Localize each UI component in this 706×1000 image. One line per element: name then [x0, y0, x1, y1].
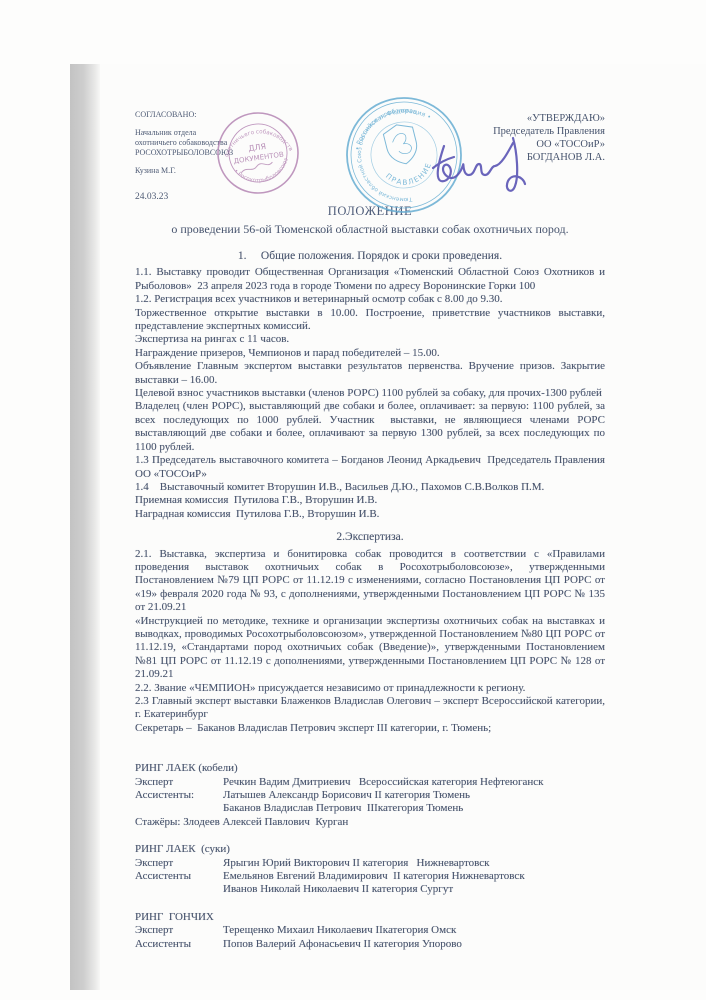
document-body: 1. Общие положения. Порядок и сроки пров…	[135, 250, 605, 951]
ring-section-laiki-males: РИНГ ЛАЕК (кобели) Эксперт Речкин Вадим …	[135, 762, 605, 829]
approved-line: БОГДАНОВ Л.А.	[493, 151, 605, 164]
ring-person: Емельянов Евгений Владимирович II катего…	[223, 870, 605, 883]
ring-row: Эксперт Речкин Вадим Дмитриевич Всеросси…	[135, 776, 605, 789]
paragraph: 1.2. Регистрация всех участников и ветер…	[135, 293, 605, 306]
paragraph: 2.2. Звание «ЧЕМПИОН» присуждается незав…	[135, 682, 605, 695]
paragraph: Секретарь – Баканов Владислав Петрович э…	[135, 722, 605, 735]
ring-role-label	[135, 802, 223, 815]
paragraph: Экспертиза на рингах с 11 часов.	[135, 333, 605, 346]
stamp-center-text: ДОКУМЕНТОВ	[233, 150, 284, 165]
paragraph: «Инструкцией по методике, технике и орга…	[135, 615, 605, 682]
ring-row: Эксперт Терещенко Михаил Николаевич IIка…	[135, 924, 605, 937]
ring-section-hounds: РИНГ ГОНЧИХ Эксперт Терещенко Михаил Ник…	[135, 911, 605, 951]
ring-person: Ярыгин Юрий Викторович II категория Нижн…	[223, 857, 605, 870]
ring-row: Баканов Владислав Петрович IIIкатегория …	[135, 802, 605, 815]
ring-role-label: Эксперт	[135, 924, 223, 937]
paragraph: 1.1. Выставку проводит Общественная Орга…	[135, 266, 605, 293]
ring-row: Эксперт Ярыгин Юрий Викторович II катего…	[135, 857, 605, 870]
section2-heading: 2.Экспертиза.	[135, 531, 605, 544]
for-documents-stamp: охотничьего собаководства • Росохотрыбол…	[209, 104, 306, 201]
approved-line: ОО «ТОСОиР»	[493, 138, 605, 151]
ring-row: Ассистенты Попов Валерий Афонасьевич II …	[135, 938, 605, 951]
paragraph: Целевой взнос участников выставки (члено…	[135, 387, 605, 400]
ring-title: РИНГ ЛАЕК (кобели)	[135, 762, 605, 775]
ring-person: Терещенко Михаил Николаевич IIкатегория …	[223, 924, 605, 937]
ring-row: Иванов Николай Николаевич II категория С…	[135, 883, 605, 896]
ring-title: РИНГ ГОНЧИХ	[135, 911, 605, 924]
stamp-shield-emblem	[382, 121, 421, 167]
paragraph: 1.4 Выставочный комитет Вторушин И.В., В…	[135, 481, 605, 494]
ring-person: Попов Валерий Афонасьевич II категория У…	[223, 938, 605, 951]
scan-edge-shadow	[70, 64, 100, 990]
ring-row: Ассистенты: Латышев Александр Борисович …	[135, 789, 605, 802]
ring-role-label: Ассистенты	[135, 938, 223, 951]
ring-trainees: Стажёры: Злодеев Алексей Павлович Курган	[135, 816, 605, 829]
approved-line: «УТВЕРЖДАЮ»	[493, 112, 605, 125]
scanned-document-page: СОГЛАСОВАНО: Начальник отдела охотничьег…	[0, 0, 706, 1000]
ring-role-label: Эксперт	[135, 857, 223, 870]
agreed-date: 24.03.23	[135, 192, 233, 202]
approved-block: «УТВЕРЖДАЮ» Председатель Правления ОО «Т…	[493, 112, 605, 164]
ring-person: Речкин Вадим Дмитриевич Всероссийская ка…	[223, 776, 605, 789]
ring-person: Иванов Николай Николаевич II категория С…	[223, 883, 605, 896]
ring-person: Баканов Владислав Петрович IIIкатегория …	[223, 802, 605, 815]
ring-section-laiki-females: РИНГ ЛАЕК (суки) Эксперт Ярыгин Юрий Вик…	[135, 843, 605, 897]
ring-row: Ассистенты Емельянов Евгений Владимирови…	[135, 870, 605, 883]
ring-role-label: Эксперт	[135, 776, 223, 789]
ring-person: Латышев Александр Борисович II категория…	[223, 789, 605, 802]
ring-role-label	[135, 883, 223, 896]
paragraph: 1.3 Председатель выставочного комитета –…	[135, 454, 605, 481]
paragraph: 2.3 Главный эксперт выставки Блаженков В…	[135, 695, 605, 722]
paragraph: Наградная комиссия Путилова Г.В., Вторуш…	[135, 508, 605, 521]
section1-heading: 1. Общие положения. Порядок и сроки пров…	[135, 250, 605, 263]
stamp-center-text: ДЛЯ	[248, 142, 267, 153]
paragraph: 2.1. Выставка, экспертиза и бонитировка …	[135, 548, 605, 615]
ring-role-label: Ассистенты:	[135, 789, 223, 802]
ring-title: РИНГ ЛАЕК (суки)	[135, 843, 605, 856]
paragraph: Объявление Главным экспертом выставки ре…	[135, 360, 605, 387]
approved-line: Председатель Правления	[493, 125, 605, 138]
paragraph: Владелец (член РОРС), выставляющий две с…	[135, 400, 605, 454]
ring-role-label: Ассистенты	[135, 870, 223, 883]
document-header: СОГЛАСОВАНО: Начальник отдела охотничьег…	[135, 108, 605, 218]
paragraph: Награждение призеров, Чемпионов и парад …	[135, 347, 605, 360]
paragraph: Торжественное открытие выставки в 10.00.…	[135, 307, 605, 334]
paragraph: Приемная комиссия Путилова Г.В., Вторуши…	[135, 494, 605, 507]
